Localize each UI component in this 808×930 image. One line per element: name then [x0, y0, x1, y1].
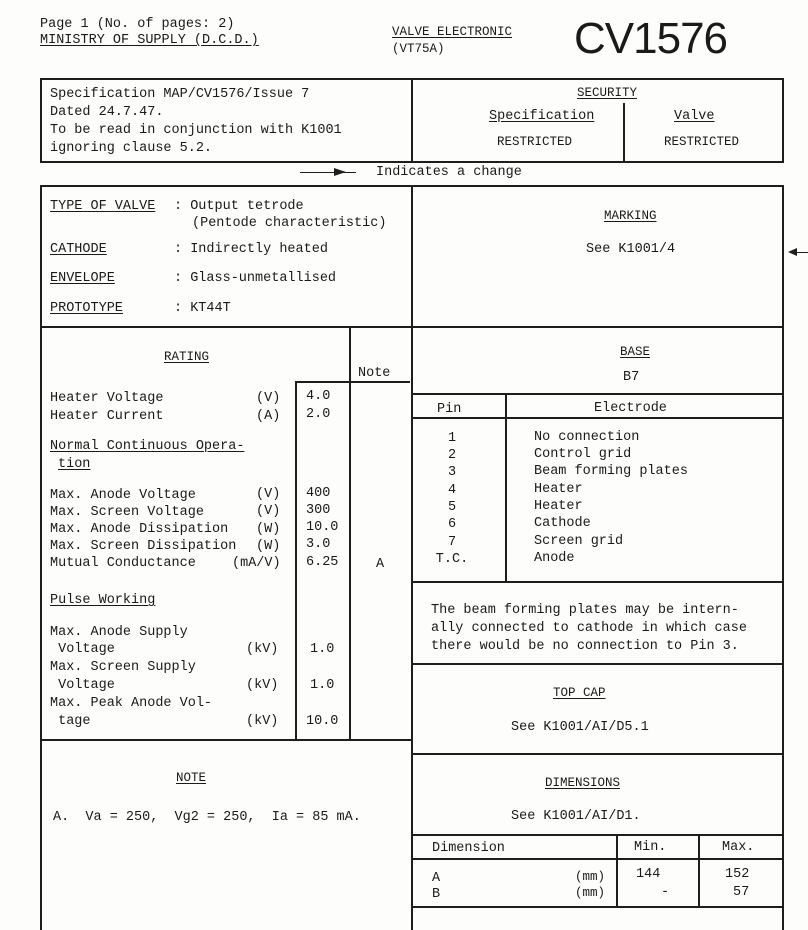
rating-label: Voltage: [50, 641, 115, 658]
electrode-name: Control grid: [534, 446, 631, 463]
electrode-name: Screen grid: [534, 533, 623, 550]
electrode-name: Heater: [534, 498, 583, 515]
footnote-line: The beam forming plates may be intern-: [431, 602, 739, 619]
divider: [698, 834, 700, 907]
base-title: BASE: [620, 344, 650, 361]
valve-type-label: VALVE ELECTRONIC: [392, 24, 512, 41]
rating-unit: (kV): [246, 641, 278, 658]
electrode-header: Electrode: [594, 400, 667, 417]
pin-number: 7: [412, 534, 492, 551]
rating-value: 2.0: [306, 406, 330, 423]
info-value: : Glass-unmetallised: [174, 270, 336, 287]
dimension-min: -: [661, 884, 669, 901]
dimension-unit: (mm): [575, 869, 605, 886]
spec-line: ignoring clause 5.2.: [50, 140, 212, 157]
divider: [782, 78, 784, 163]
pin-number: 3: [412, 464, 492, 481]
dimension-header: Dimension: [432, 840, 505, 857]
top-cap-title: TOP CAP: [553, 685, 606, 702]
info-label: TYPE OF VALVE: [50, 198, 155, 215]
marking-value: See K1001/4: [586, 241, 675, 258]
electrode-name: Heater: [534, 481, 583, 498]
top-cap-value: See K1001/AI/D5.1: [511, 719, 649, 736]
info-value: : KT44T: [174, 300, 231, 317]
pulse-working-title: Pulse Working: [50, 592, 155, 609]
rating-label: Max. Peak Anode Vol-: [50, 695, 212, 712]
normal-operation-title: Normal Continuous Opera-: [50, 438, 244, 455]
rating-label: Mutual Conductance: [50, 555, 196, 572]
divider: [411, 393, 784, 395]
divider: [411, 834, 784, 836]
rating-title: RATING: [164, 349, 209, 366]
rating-label: Max. Screen Dissipation: [50, 538, 236, 555]
divider: [782, 185, 784, 930]
ministry-label: MINISTRY OF SUPPLY (D.C.D.): [40, 32, 259, 49]
rating-value: 6.25: [306, 554, 338, 571]
min-header: Min.: [634, 839, 666, 856]
info-value: (Pentode characteristic): [192, 215, 386, 232]
divider: [40, 326, 784, 328]
security-valve-label: Valve: [674, 108, 715, 125]
divider: [411, 906, 784, 908]
rating-value: 1.0: [310, 677, 334, 694]
info-value: : Indirectly heated: [174, 241, 328, 258]
rating-label: Max. Anode Supply: [50, 624, 188, 641]
rating-label: Max. Screen Supply: [50, 659, 196, 676]
dimension-label: B: [432, 886, 440, 903]
rating-value: 3.0: [306, 536, 330, 553]
divider: [411, 581, 784, 583]
pin-number: 5: [412, 499, 492, 516]
rating-unit: (V): [256, 390, 280, 407]
info-label: PROTOTYPE: [50, 300, 123, 317]
page-info: Page 1 (No. of pages: 2): [40, 16, 234, 33]
spec-line: To be read in conjunction with K1001: [50, 122, 342, 139]
electrode-name: Beam forming plates: [534, 463, 688, 480]
pin-number: T.C.: [412, 551, 492, 568]
rating-unit: (A): [256, 408, 280, 425]
divider: [40, 185, 42, 930]
arrow-head-icon: [334, 168, 346, 176]
rating-label: Max. Screen Voltage: [50, 504, 204, 521]
rating-unit: (V): [256, 503, 280, 520]
dimensions-value: See K1001/AI/D1.: [511, 808, 641, 825]
footnote-line: ally connected to cathode in which case: [431, 620, 747, 637]
security-valve-value: RESTRICTED: [664, 134, 739, 151]
spec-line: Dated 24.7.47.: [50, 104, 163, 121]
rating-unit: (kV): [246, 713, 278, 730]
divider: [349, 326, 351, 740]
rating-unit: (kV): [246, 677, 278, 694]
rating-unit: (mA/V): [232, 555, 281, 572]
note-text: A. Va = 250, Vg2 = 250, Ia = 85 mA.: [53, 809, 361, 826]
pin-header: Pin: [437, 401, 461, 418]
dimension-label: A: [432, 870, 440, 887]
rating-value: 400: [306, 485, 330, 502]
rating-label: Heater Voltage: [50, 390, 163, 407]
pin-number: 2: [412, 447, 492, 464]
divider: [623, 103, 625, 161]
dimension-max: 152: [725, 866, 749, 883]
rating-unit: (W): [256, 538, 280, 555]
footnote-line: there would be no connection to Pin 3.: [431, 638, 739, 655]
note-header: Note: [358, 365, 390, 382]
electrode-name: Anode: [534, 550, 575, 567]
pin-number: 4: [412, 482, 492, 499]
rating-label: Max. Anode Voltage: [50, 487, 196, 504]
divider: [295, 381, 410, 383]
rating-value: 10.0: [306, 713, 338, 730]
rating-value: 4.0: [306, 388, 330, 405]
divider: [411, 663, 784, 665]
rating-value: 1.0: [310, 641, 334, 658]
divider: [295, 381, 297, 740]
dimensions-title: DIMENSIONS: [545, 775, 620, 792]
divider: [411, 858, 784, 860]
change-note: Indicates a change: [376, 164, 522, 181]
change-arrow-icon: [300, 172, 356, 173]
dimension-max: 57: [733, 884, 749, 901]
rating-label: Voltage: [50, 677, 115, 694]
electrode-name: Cathode: [534, 515, 591, 532]
rating-value: 300: [306, 502, 330, 519]
rating-label: Max. Anode Dissipation: [50, 521, 228, 538]
pin-number: 1: [412, 430, 492, 447]
info-label: CATHODE: [50, 241, 107, 258]
rating-value: 10.0: [306, 519, 338, 536]
dimension-min: 144: [636, 866, 660, 883]
note-title: NOTE: [176, 770, 206, 787]
info-label: ENVELOPE: [50, 270, 115, 287]
rating-unit: (V): [256, 486, 280, 503]
divider: [616, 834, 618, 907]
divider: [411, 78, 413, 163]
info-value: : Output tetrode: [174, 198, 304, 215]
base-value: B7: [623, 369, 639, 386]
vt-code: (VT75A): [392, 41, 445, 58]
security-spec-label: Specification: [489, 108, 594, 125]
divider: [411, 417, 784, 419]
spec-line: Specification MAP/CV1576/Issue 7: [50, 86, 309, 103]
normal-operation-title-cont: tion: [58, 456, 90, 473]
divider: [411, 753, 784, 755]
cv-number-title: CV1576: [574, 14, 727, 64]
divider: [505, 393, 507, 582]
divider: [40, 78, 42, 163]
pin-number: 6: [412, 516, 492, 533]
rating-label: Heater Current: [50, 408, 163, 425]
arrow-left-icon: [788, 248, 797, 256]
security-spec-value: RESTRICTED: [497, 134, 572, 151]
dimension-unit: (mm): [575, 885, 605, 902]
security-title: SECURITY: [577, 85, 637, 102]
rating-unit: (W): [256, 521, 280, 538]
rating-note: A: [376, 556, 384, 573]
marking-title: MARKING: [604, 208, 657, 225]
rating-label: tage: [50, 713, 91, 730]
divider: [40, 739, 412, 741]
max-header: Max.: [722, 839, 754, 856]
electrode-name: No connection: [534, 429, 639, 446]
